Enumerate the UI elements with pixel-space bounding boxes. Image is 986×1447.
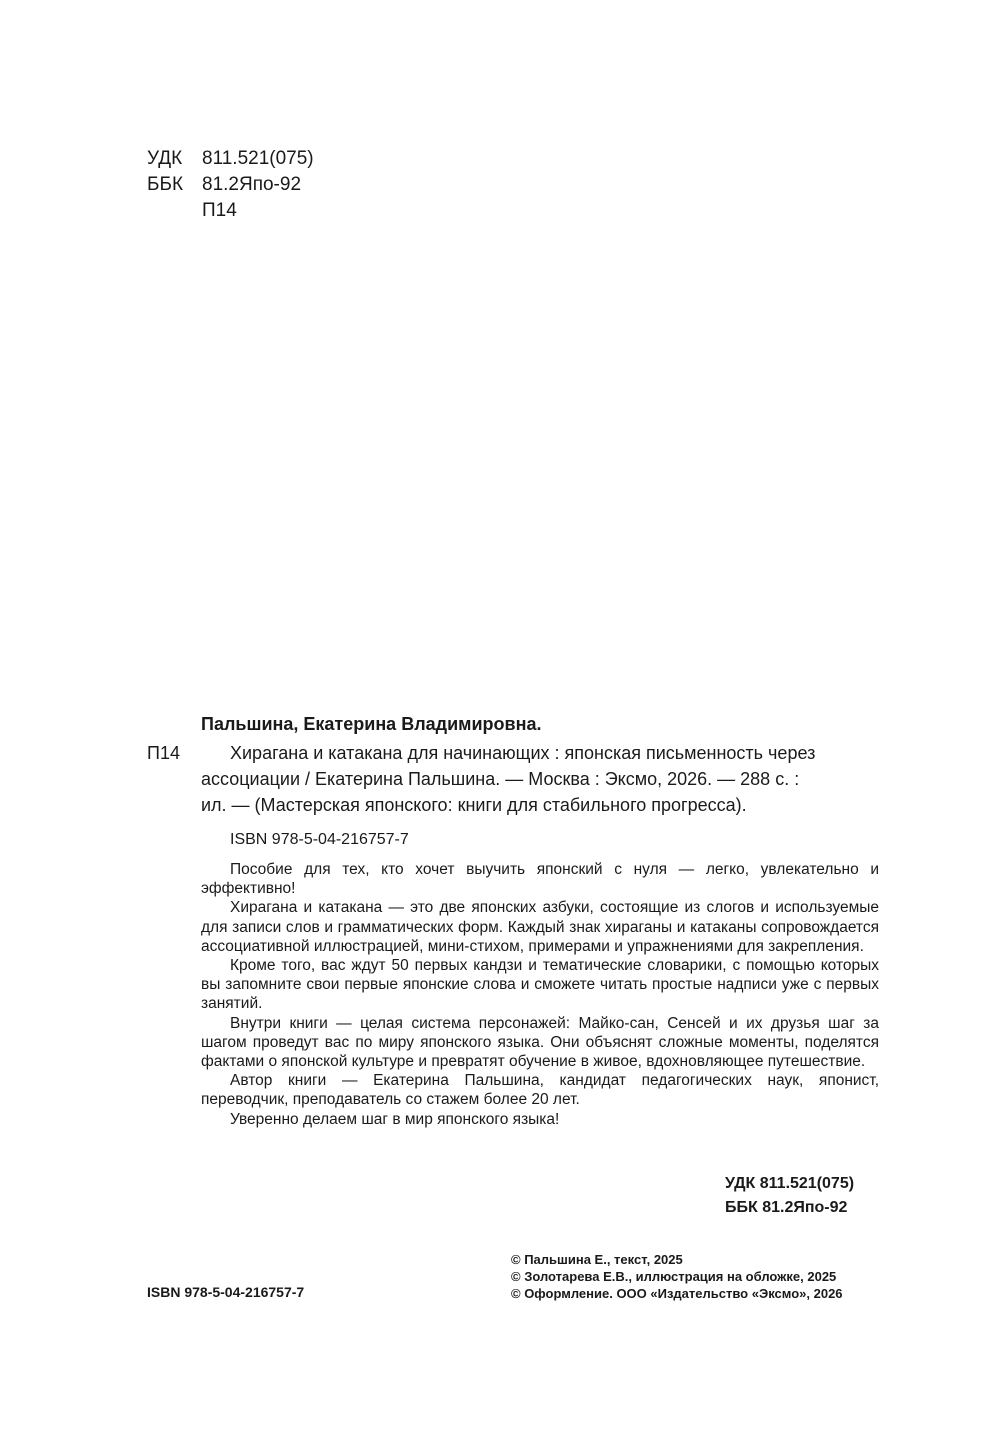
catalog-title-line2: ассоциации / Екатерина Пальшина. — Москв… — [201, 766, 799, 792]
copyright-illustration: © Золотарева Е.В., иллюстрация на обложк… — [511, 1268, 843, 1285]
annotation-paragraph: Хирагана и катакана — это две японских а… — [201, 898, 879, 956]
copyrights: © Пальшина Е., текст, 2025 © Золотарева … — [511, 1251, 843, 1302]
annotation-paragraph: Автор книги — Екатерина Пальшина, кандид… — [201, 1071, 879, 1109]
annotation-paragraph: Внутри книги — целая система персонажей:… — [201, 1014, 879, 1072]
bbk-line: ББК81.2Япо-92 — [147, 172, 314, 198]
catalog-author-mark: П14 — [147, 740, 180, 766]
annotation: Пособие для тех, кто хочет выучить японс… — [201, 860, 879, 1129]
author-mark: П14 — [202, 200, 237, 221]
isbn-bottom: ISBN 978-5-04-216757-7 — [147, 1284, 304, 1300]
catalog-title-line1: Хирагана и катакана для начинающих : япо… — [230, 740, 815, 766]
annotation-paragraph: Пособие для тех, кто хочет выучить японс… — [201, 860, 879, 898]
author-mark-line: П14 — [147, 198, 314, 224]
bbk-value: 81.2Япо-92 — [202, 174, 301, 195]
catalog-title-line3: ил. — (Мастерская японского: книги для с… — [201, 792, 747, 818]
top-classification: УДК811.521(075) ББК81.2Япо-92 П14 — [147, 146, 314, 224]
catalog-isbn: ISBN 978-5-04-216757-7 — [230, 831, 409, 849]
udk-label: УДК — [147, 146, 202, 172]
udk-value: 811.521(075) — [202, 148, 314, 169]
copyright-design: © Оформление. ООО «Издательство «Эксмо»,… — [511, 1285, 843, 1302]
annotation-paragraph: Уверенно делаем шаг в мир японского язык… — [201, 1110, 879, 1129]
copyright-text: © Пальшина Е., текст, 2025 — [511, 1251, 843, 1268]
catalog-author: Пальшина, Екатерина Владимировна. — [201, 714, 541, 735]
bottom-udk: УДК 811.521(075) — [725, 1172, 854, 1196]
annotation-paragraph: Кроме того, вас ждут 50 первых кандзи и … — [201, 956, 879, 1014]
bottom-classification: УДК 811.521(075) ББК 81.2Япо-92 — [725, 1172, 854, 1220]
udk-line: УДК811.521(075) — [147, 146, 314, 172]
bbk-label: ББК — [147, 172, 202, 198]
bottom-bbk: ББК 81.2Япо-92 — [725, 1196, 854, 1220]
